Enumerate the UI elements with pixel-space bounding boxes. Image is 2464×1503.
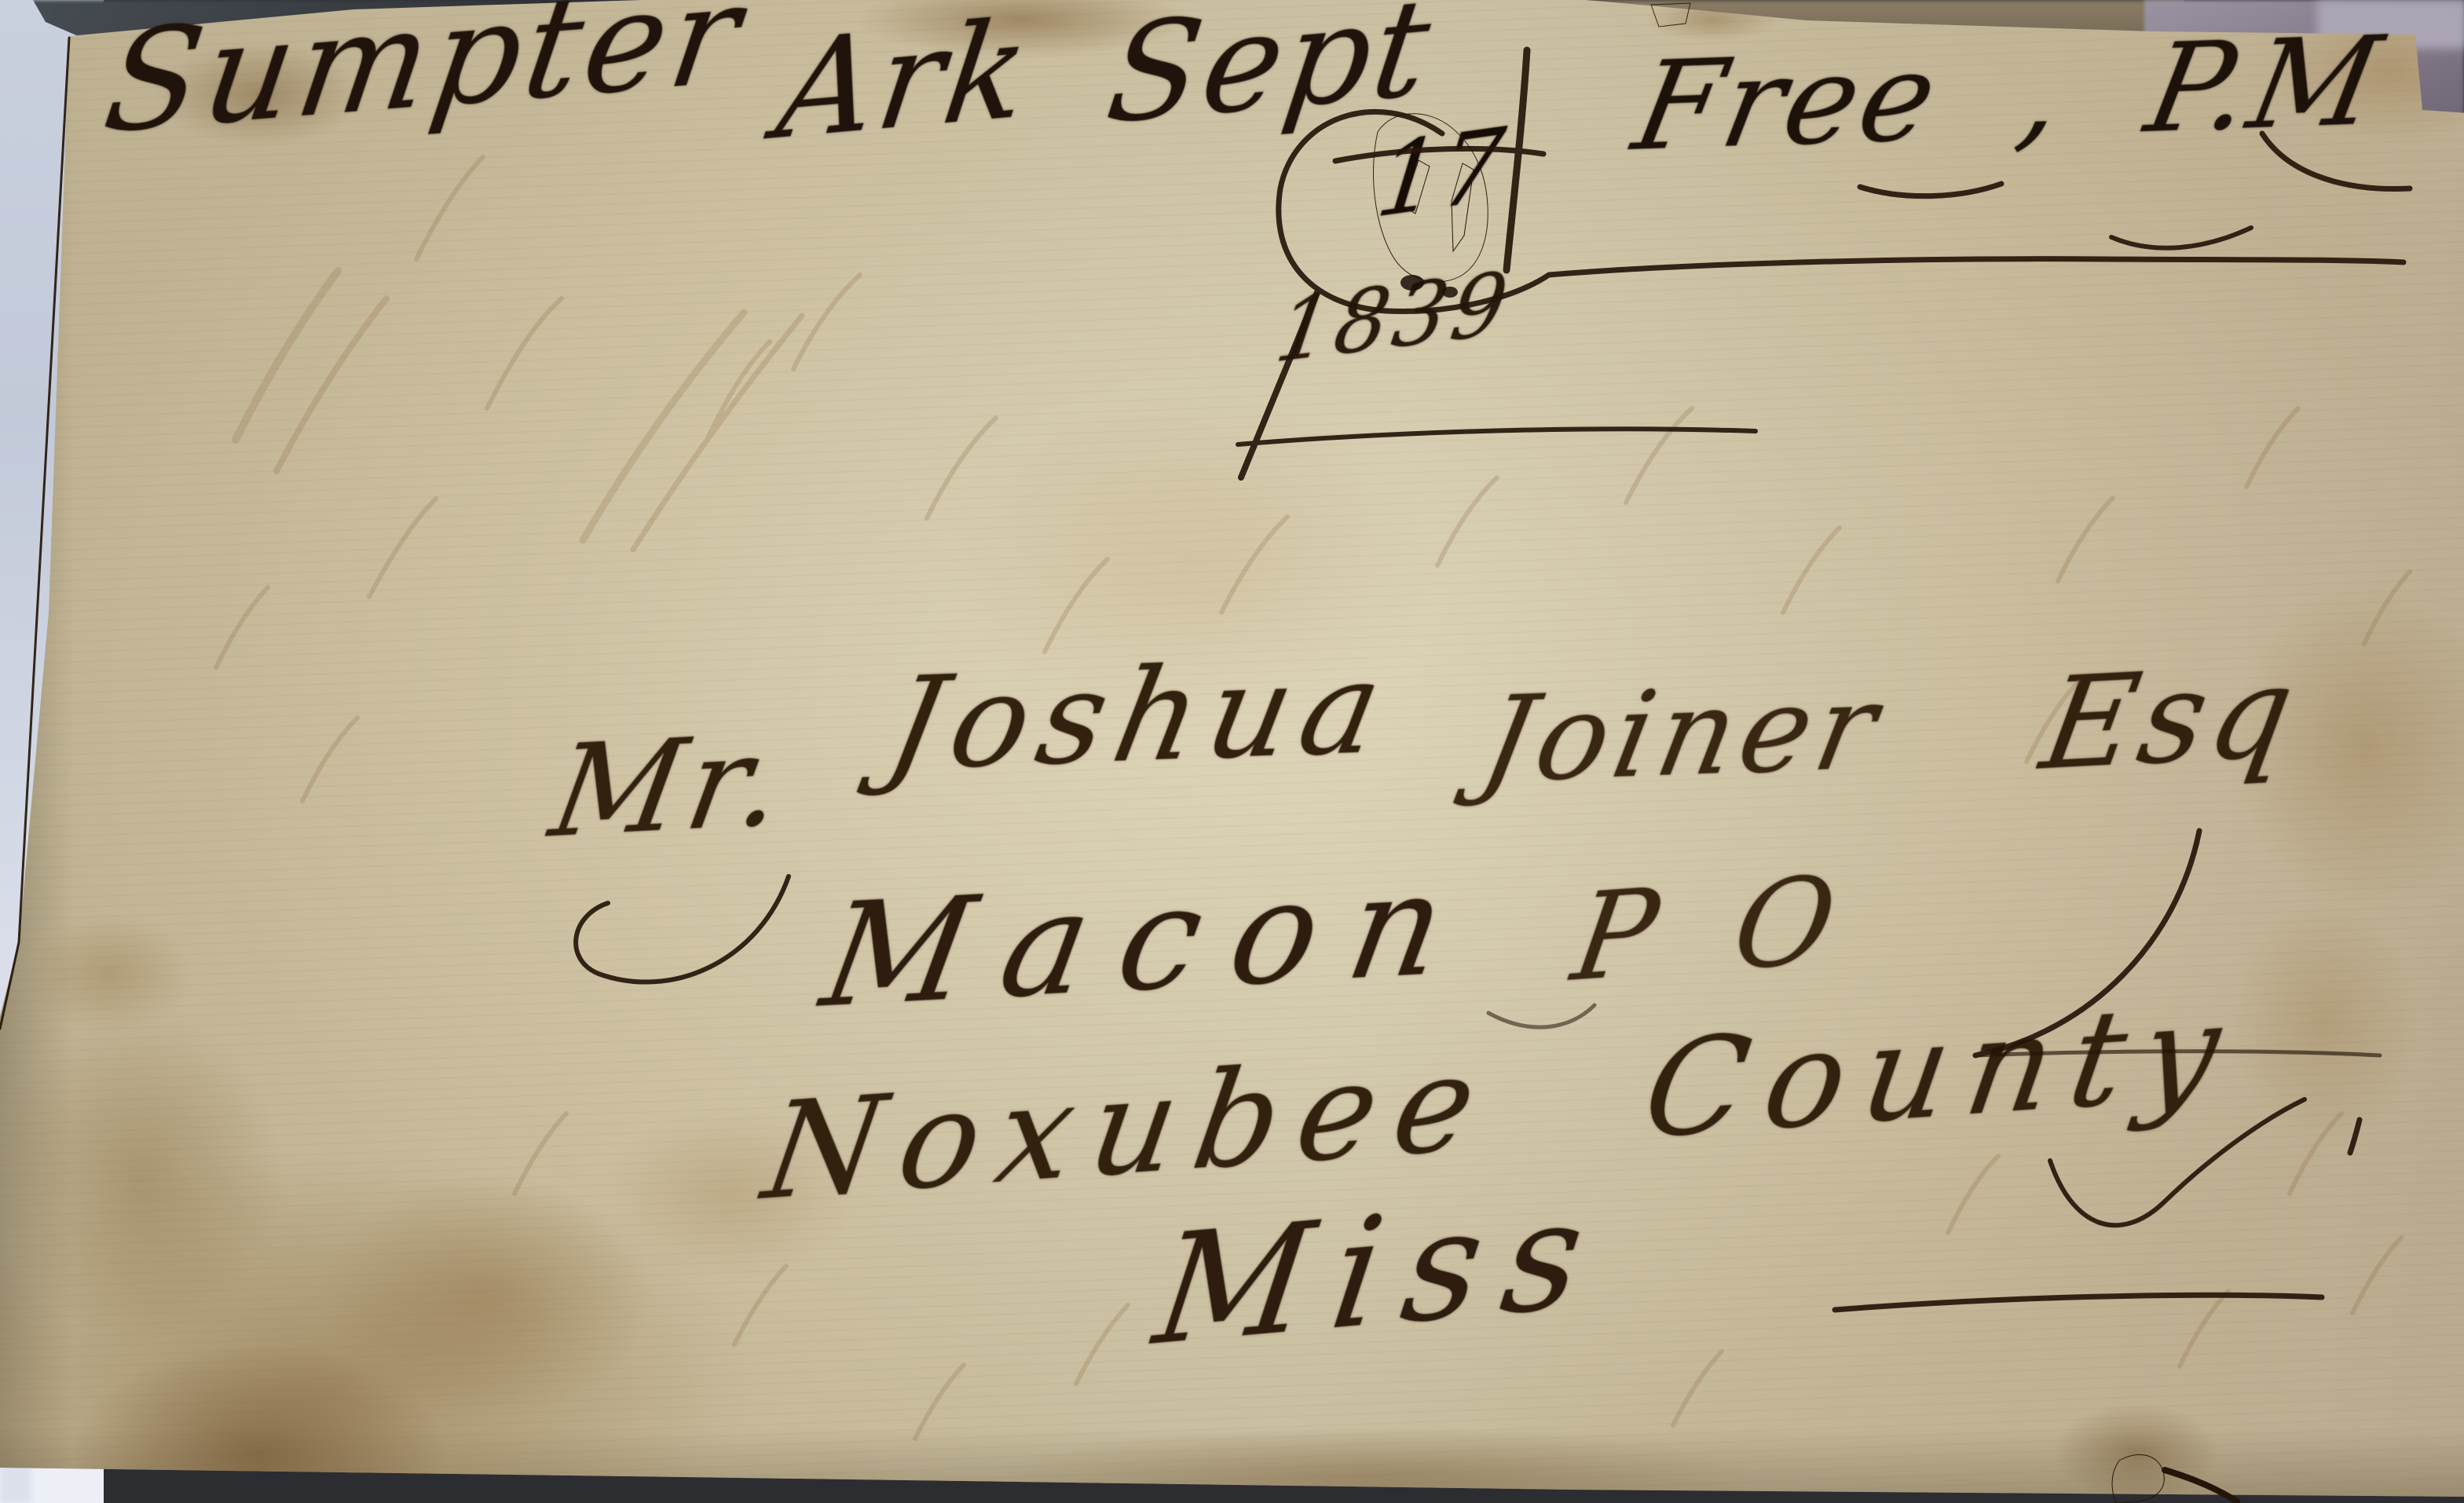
handwriting-layer: Sumpter Ark Sept 17 1839 Free , P.M Mr. … [0, 0, 2464, 1503]
dateline-month: Sept [1100, 0, 1441, 144]
dateline-state: Ark [771, 2, 1039, 159]
address-suffix: Esq [2034, 648, 2306, 788]
dateline-year: 1839 [1270, 261, 1517, 376]
address-first-name: Joshua [878, 644, 1401, 789]
address-po-mark: P O [1566, 859, 1851, 999]
address-last-name: Joiner [1474, 667, 1892, 800]
dateline-place: Sumpter [97, 0, 752, 154]
free-frank-mark: Free , P.M [1626, 20, 2393, 168]
address-post-office: Macon [814, 852, 1488, 1029]
address-prefix: Mr. [543, 716, 799, 855]
envelope-photo: Sumpter Ark Sept 17 1839 Free , P.M Mr. … [0, 0, 2464, 1503]
address-state-line: Miss [1148, 1176, 1615, 1367]
dateline-day: 17 [1371, 114, 1510, 232]
